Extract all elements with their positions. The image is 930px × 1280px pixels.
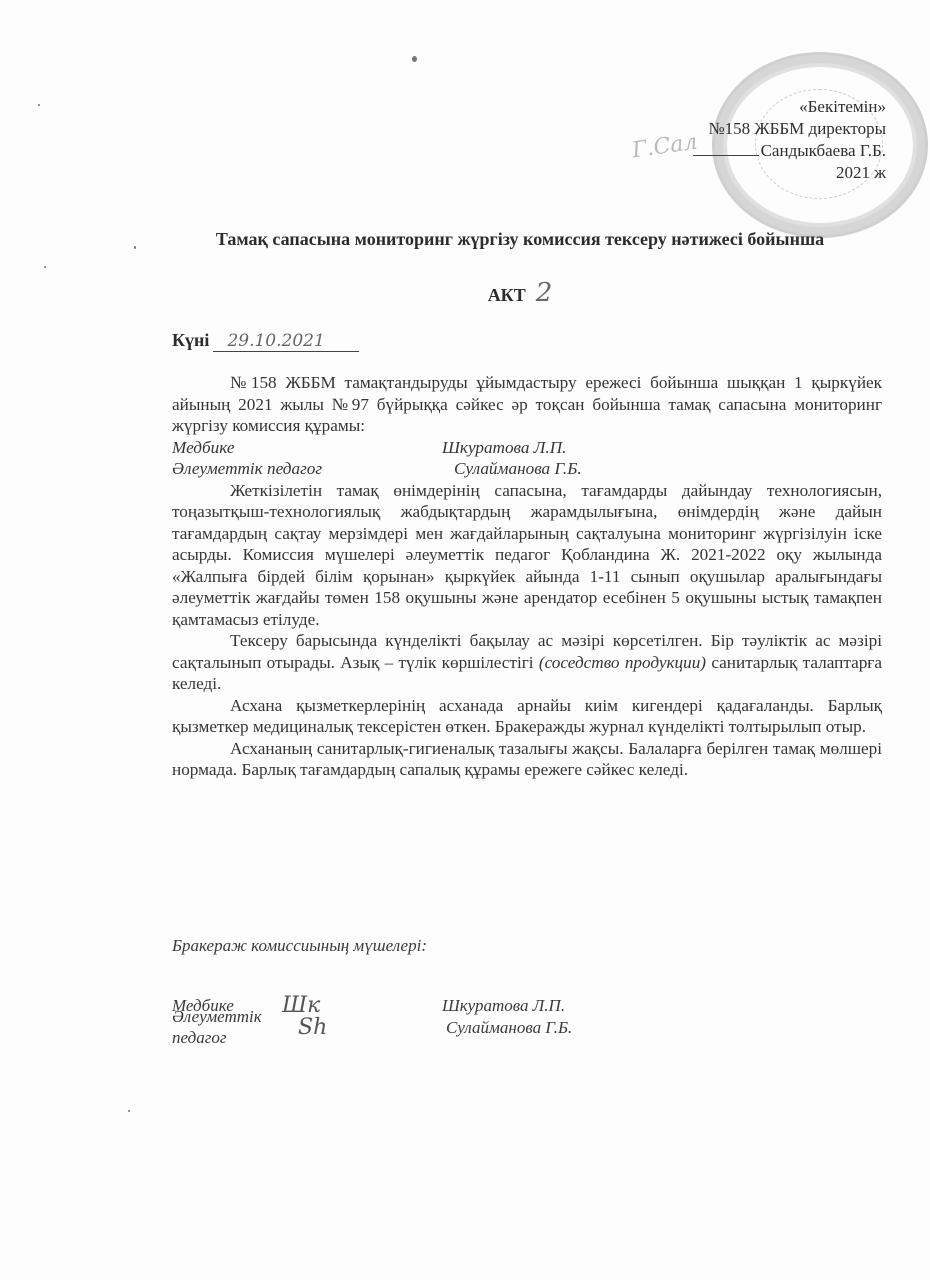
scan-speck	[128, 1110, 130, 1112]
signature-line	[693, 141, 759, 156]
act-heading: АКТ2	[170, 278, 870, 308]
approval-heading: «Бекітемін»	[693, 96, 886, 118]
document-title: Тамақ сапасына мониторинг жүргізу комисс…	[170, 228, 870, 250]
paragraph-monitoring: Жеткізілетін тамақ өнімдерінің сапасына,…	[172, 480, 882, 631]
member-row: Медбике Шкуратова Л.П.	[172, 437, 882, 459]
scan-speck	[38, 104, 40, 106]
approval-block: «Бекітемін» №158 ЖББМ директоры Сандыкба…	[693, 96, 886, 184]
scanned-document-page: Г.Сал «Бекітемін» №158 ЖББМ директоры Са…	[0, 0, 930, 1280]
signer-row: Әлеуметтік педагог Sh Сулайманова Г.Б.	[172, 1016, 572, 1038]
director-signature: Г.Сал	[631, 130, 699, 164]
document-body: №158 ЖББМ тамақтандыруды ұйымдастыру ере…	[172, 372, 882, 781]
act-number: 2	[536, 278, 553, 308]
approval-name: Сандыкбаева Г.Б.	[761, 141, 886, 160]
scan-speck	[44, 266, 46, 268]
paragraph-inspection: Тексеру барысында күнделікті бақылау ас …	[172, 630, 882, 695]
approval-name-line: Сандыкбаева Г.Б.	[693, 140, 886, 162]
handwritten-signature: Шк	[282, 995, 442, 1016]
signer-role: Әлеуметтік педагог	[172, 1006, 298, 1048]
approval-year: 2021 ж	[693, 162, 886, 184]
approval-position: №158 ЖББМ директоры	[693, 118, 886, 140]
paragraph-staff: Асхана қызметкерлерінің асханада арнайы …	[172, 695, 882, 738]
paragraph-italic: (соседство продукции)	[539, 653, 706, 672]
signatures-block: Бракераж комиссиының мүшелері: Медбике Ш…	[172, 935, 572, 1038]
paragraph-hygiene: Асхананың санитарлық-гигиеналық тазалығы…	[172, 738, 882, 781]
scan-speck	[134, 246, 136, 249]
date-value: 29.10.2021	[213, 331, 359, 352]
date-row: Күні29.10.2021	[172, 330, 359, 352]
member-row: Әлеуметтік педагог Сулайманова Г.Б.	[172, 458, 882, 480]
member-role: Әлеуметтік педагог	[172, 458, 454, 480]
act-label: АКТ	[488, 285, 526, 305]
date-label: Күні	[172, 330, 209, 350]
handwritten-signature: Sh	[298, 1017, 446, 1038]
member-role: Медбике	[172, 437, 442, 459]
scan-speck	[412, 56, 417, 62]
intro-paragraph: №158 ЖББМ тамақтандыруды ұйымдастыру ере…	[172, 372, 882, 437]
signer-name: Сулайманова Г.Б.	[446, 1017, 572, 1038]
signatures-heading: Бракераж комиссиының мүшелері:	[172, 935, 572, 956]
member-name: Шкуратова Л.П.	[442, 437, 566, 459]
signer-name: Шкуратова Л.П.	[442, 995, 565, 1016]
member-name: Сулайманова Г.Б.	[454, 458, 582, 480]
